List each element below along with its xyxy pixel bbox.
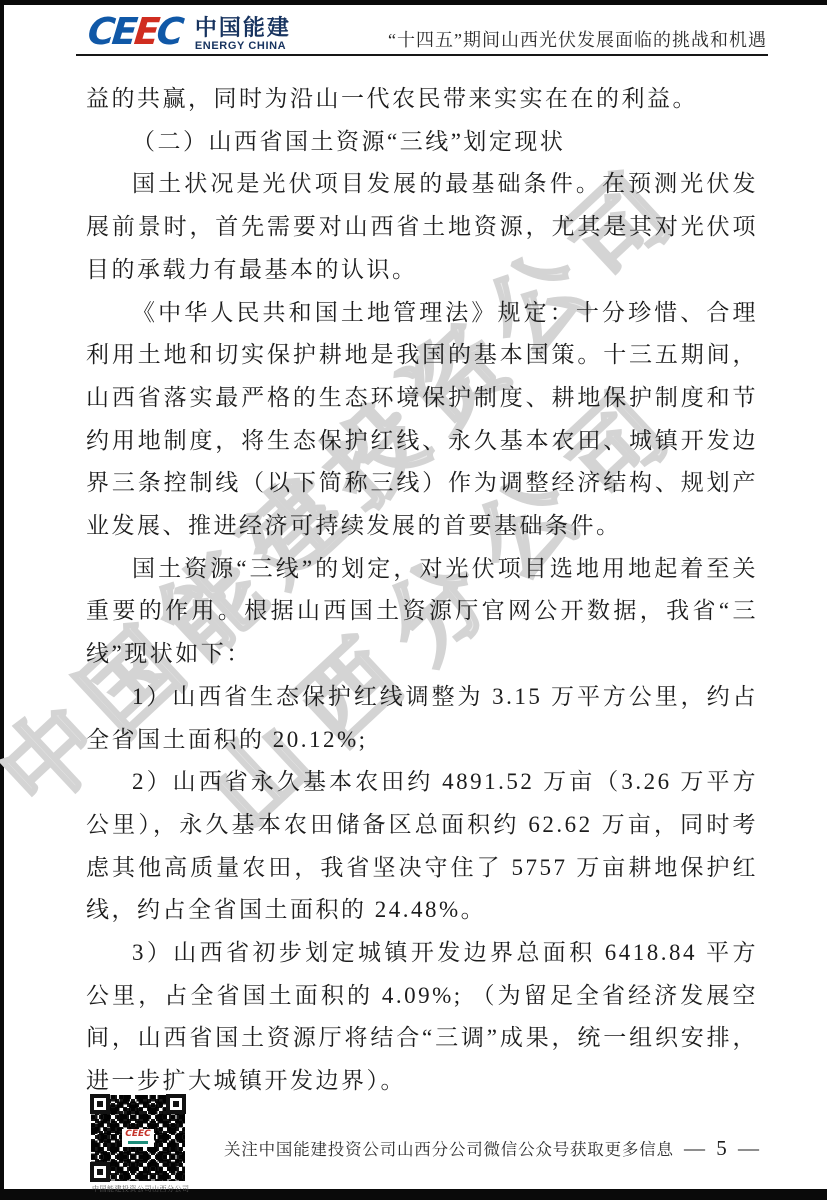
paragraph: 《中华人民共和国土地管理法》规定：十分珍惜、合理利用土地和切实保护耕地是我国的基…	[86, 292, 758, 548]
header-divider	[76, 54, 768, 56]
footer-note: 关注中国能建投资公司山西分公司微信公众号获取更多信息	[224, 1136, 674, 1160]
qr-finder-icon	[90, 1162, 110, 1182]
list-item-3: 3）山西省初步划定城镇开发边界总面积 6418.84 平方公里，占全省国土面积的…	[86, 932, 758, 1103]
scan-edge-left	[0, 0, 4, 1200]
section-heading: （二）山西省国土资源“三线”划定现状	[86, 121, 758, 164]
qr-caption: 中国能建投资公司山西分公司	[92, 1184, 312, 1194]
page-number: — 5 —	[684, 1136, 762, 1161]
qr-teal-bar	[128, 1141, 148, 1144]
scan-edge-top	[0, 0, 827, 5]
paragraph: 益的共赢，同时为沿山一代农民带来实实在在的利益。	[86, 78, 758, 121]
document-page: 中国能建投资公司 山西分公司 C E E C 中国能建 ENERGY CHINA…	[0, 0, 827, 1200]
ceec-logo-letters: C E E C	[86, 14, 183, 50]
logo-en-name: ENERGY CHINA	[195, 40, 291, 53]
qr-code-icon: CEEC	[88, 1092, 188, 1184]
list-item-1: 1）山西省生态保护红线调整为 3.15 万平方公里，约占全省国土面积的 20.1…	[86, 676, 758, 761]
logo-names: 中国能建 ENERGY CHINA	[195, 14, 291, 53]
list-item-2: 2）山西省永久基本农田约 4891.52 万亩（3.26 万平方公里），永久基本…	[86, 761, 758, 932]
qr-ceec-label: CEEC	[122, 1129, 154, 1140]
logo-letter: C	[155, 14, 183, 50]
paragraph: 国土资源“三线”的划定，对光伏项目选地用地起着至关重要的作用。根据山西国土资源厅…	[86, 548, 758, 676]
qr-finder-icon	[166, 1094, 186, 1114]
ceec-logo: C E E C 中国能建 ENERGY CHINA	[88, 14, 291, 53]
qr-center-logo: CEEC	[122, 1129, 154, 1147]
document-body: 益的共赢，同时为沿山一代农民带来实实在在的利益。 （二）山西省国土资源“三线”划…	[86, 78, 758, 1103]
paragraph: 国土状况是光伏项目发展的最基础条件。在预测光伏发展前景时，首先需要对山西省土地资…	[86, 163, 758, 291]
qr-finder-icon	[90, 1094, 110, 1114]
document-header-title: “十四五”期间山西光伏发展面临的挑战和机遇	[388, 26, 767, 52]
logo-cn-name: 中国能建	[195, 16, 291, 40]
